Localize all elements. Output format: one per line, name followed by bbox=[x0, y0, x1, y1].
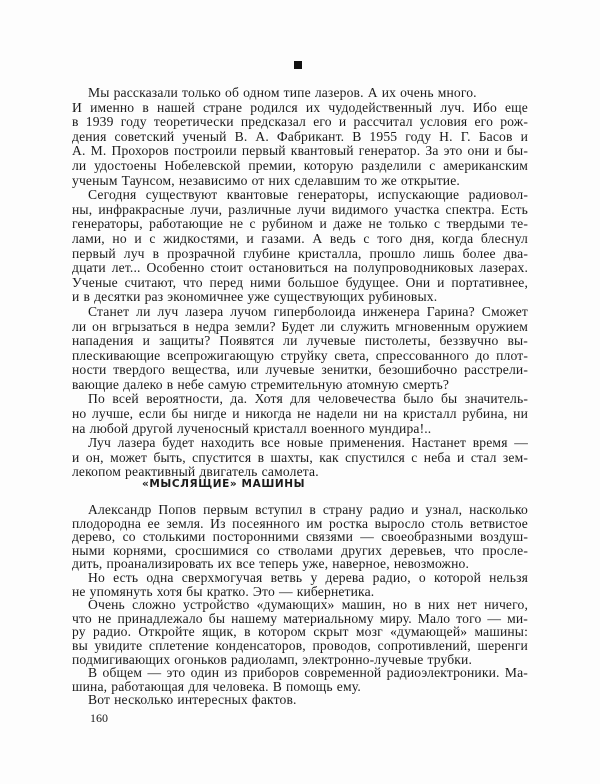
text-line: плескивающие всепрожигающую струйку свет… bbox=[72, 349, 528, 364]
text-line: ученым Таунсом, независимо от них сделав… bbox=[72, 174, 528, 189]
section-divider-square-icon bbox=[294, 61, 302, 69]
text-line: А. М. Прохоров построили первый квантовы… bbox=[72, 144, 528, 159]
text-line: генераторы, работающие не с рубином и да… bbox=[72, 217, 528, 232]
text-line: не упомянуть хотя бы кратко. Это — кибер… bbox=[72, 585, 528, 599]
text-line: лами, но и с жидкостями, и газами. А вед… bbox=[72, 232, 528, 247]
text-line: Станет ли луч лазера лучом гиперболоида … bbox=[72, 305, 528, 320]
text-line: ли он вгрызаться в недра земли? Будет ли… bbox=[72, 320, 528, 335]
text-line: ли удостоены Нобелевской премии, которую… bbox=[72, 159, 528, 174]
text-line: но лучше, если бы нигде и никогда не над… bbox=[72, 407, 528, 422]
text-line: Луч лазера будет находить все новые прим… bbox=[72, 436, 528, 451]
text-line: вы увидите сплетение конденсаторов, пров… bbox=[72, 639, 528, 653]
text-line: нападения и защиты? Появятся ли лучевые … bbox=[72, 334, 528, 349]
text-line: подмигивающих огоньков радиоламп, электр… bbox=[72, 653, 528, 667]
text-line: В общем — это один из приборов современн… bbox=[72, 666, 528, 680]
page-number: 160 bbox=[90, 711, 108, 726]
section-lasers-text: Мы рассказали только об одном типе лазер… bbox=[72, 86, 528, 480]
text-line: ру радио. Откройте ящик, в котором скрыт… bbox=[72, 625, 528, 639]
text-line: что не принадлежало бы нашему материальн… bbox=[72, 612, 528, 626]
text-line: вающие далеко в небе самую стремительную… bbox=[72, 378, 528, 393]
text-line: Мы рассказали только об одном типе лазер… bbox=[72, 86, 528, 101]
text-line: шина, работающая для человека. В помощь … bbox=[72, 680, 528, 694]
text-line: дцати лет... Особенно стоит остановиться… bbox=[72, 261, 528, 276]
text-line: дения советский ученый В. А. Фабрикант. … bbox=[72, 130, 528, 145]
text-line: Ученые считают, что перед ними большое б… bbox=[72, 276, 528, 291]
text-line: ны, инфракрасные лучи, различные лучи ви… bbox=[72, 203, 528, 218]
text-line: Александр Попов первым вступил в страну … bbox=[72, 503, 528, 517]
text-line: и в десятки раз экономичнее уже существу… bbox=[72, 290, 528, 305]
text-line: Очень сложно устройство «думающих» машин… bbox=[72, 598, 528, 612]
text-line: дерево, со столькими посторонними связям… bbox=[72, 530, 528, 544]
book-page: Мы рассказали только об одном типе лазер… bbox=[0, 0, 600, 784]
text-line: и он, может быть, спустится в шахты, как… bbox=[72, 451, 528, 466]
text-line: И именно в нашей стране родился их чудод… bbox=[72, 101, 528, 116]
text-line: плодородна ее земля. Из посеянного им ро… bbox=[72, 517, 528, 531]
text-line: ными корнями, сросшимися со стволами дру… bbox=[72, 544, 528, 558]
text-line: первый луч в прозрачной глубине кристалл… bbox=[72, 247, 528, 262]
text-line: Вот несколько интересных фактов. bbox=[72, 693, 528, 707]
text-line: дить, проанализировать их все теперь уже… bbox=[72, 557, 528, 571]
section-heading: «МЫСЛЯЩИЕ» МАШИНЫ bbox=[142, 478, 305, 490]
text-line: в 1939 году теоретически предсказал его … bbox=[72, 115, 528, 130]
text-line: Сегодня существуют квантовые генераторы,… bbox=[72, 188, 528, 203]
text-line: Но есть одна сверхмогучая ветвь у дерева… bbox=[72, 571, 528, 585]
section-thinking-machines-text: Александр Попов первым вступил в страну … bbox=[72, 503, 528, 707]
text-line: ности твердого вещества, или лучевые зен… bbox=[72, 363, 528, 378]
text-line: По всей вероятности, да. Хотя для челове… bbox=[72, 392, 528, 407]
text-line: на любой другой лученосный кристалл воен… bbox=[72, 422, 528, 437]
